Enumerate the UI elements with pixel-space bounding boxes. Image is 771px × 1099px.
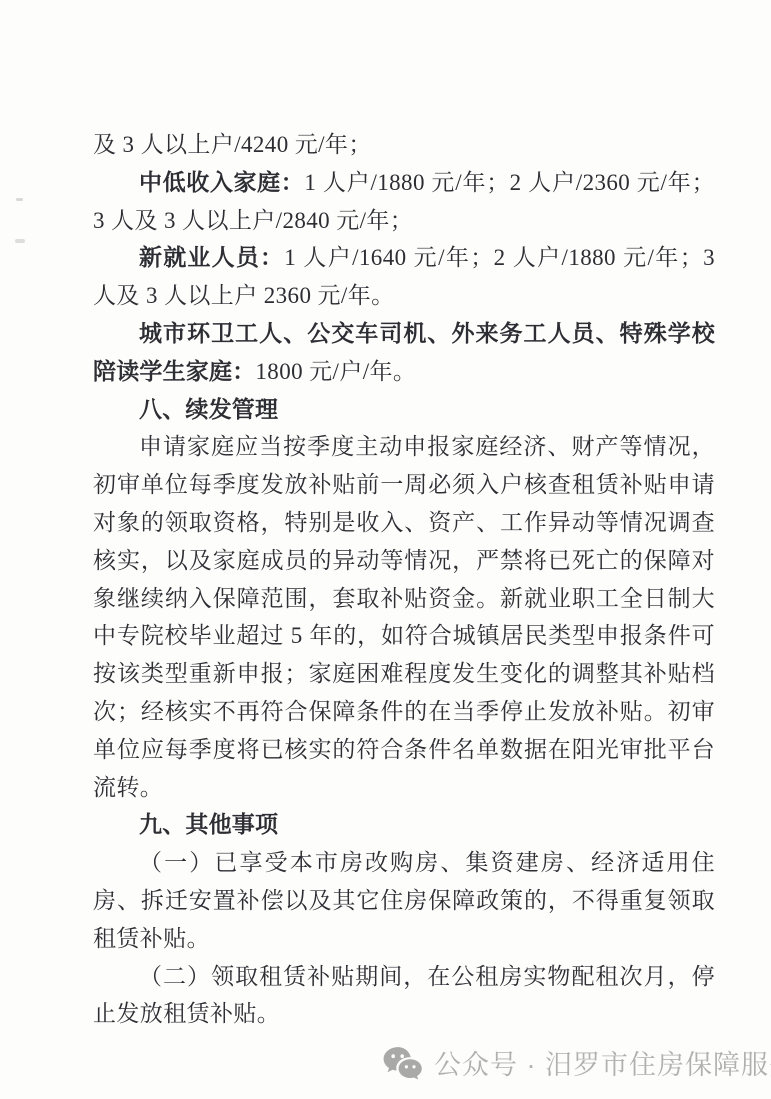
bold-text: 九、其他事项 <box>139 811 278 837</box>
paragraph: 中低收入家庭：1 人户/1880 元/年；2 人户/2360 元/年；3 人及 … <box>93 164 715 240</box>
document-body: 及 3 人以上户/4240 元/年；中低收入家庭：1 人户/1880 元/年；2… <box>93 126 715 1033</box>
body-text: （二）领取租赁补贴期间，在公租房实物配租次月，停止发放租赁补贴。 <box>93 964 715 1027</box>
paragraph: 及 3 人以上户/4240 元/年； <box>93 126 715 164</box>
section-heading: 八、续发管理 <box>93 391 715 429</box>
scan-artifact <box>15 239 25 243</box>
body-text: 申请家庭应当按季度主动申报家庭经济、财产等情况，初审单位每季度发放补贴前一周必须… <box>93 434 715 799</box>
scan-artifact <box>16 198 23 201</box>
footer-text: 公众号 · 汨罗市住房保障服务中心 <box>434 1043 771 1082</box>
bold-text: 八、续发管理 <box>139 396 278 422</box>
paragraph: （一）已享受本市房改购房、集资建房、经济适用住房、拆迁安置补偿以及其它住房保障政… <box>93 844 715 957</box>
paragraph: 新就业人员：1 人户/1640 元/年；2 人户/1880 元/年；3 人及 3… <box>93 239 715 315</box>
paragraph: （二）领取租赁补贴期间，在公租房实物配租次月，停止发放租赁补贴。 <box>93 958 715 1034</box>
body-text: 及 3 人以上户/4240 元/年； <box>93 132 372 157</box>
section-heading: 九、其他事项 <box>93 806 715 844</box>
bold-text: 中低收入家庭： <box>139 169 304 195</box>
paragraph: 城市环卫工人、公交车司机、外来务工人员、特殊学校陪读学生家庭：1800 元/户/… <box>93 315 715 391</box>
body-text: （一）已享受本市房改购房、集资建房、经济适用住房、拆迁安置补偿以及其它住房保障政… <box>93 850 715 951</box>
body-text: 1800 元/户/年。 <box>255 359 416 384</box>
paragraph: 申请家庭应当按季度主动申报家庭经济、财产等情况，初审单位每季度发放补贴前一周必须… <box>93 428 715 806</box>
wechat-icon <box>382 1045 424 1081</box>
bold-text: 新就业人员： <box>139 244 284 270</box>
footer-watermark: 公众号 · 汨罗市住房保障服务中心 <box>382 1043 771 1082</box>
